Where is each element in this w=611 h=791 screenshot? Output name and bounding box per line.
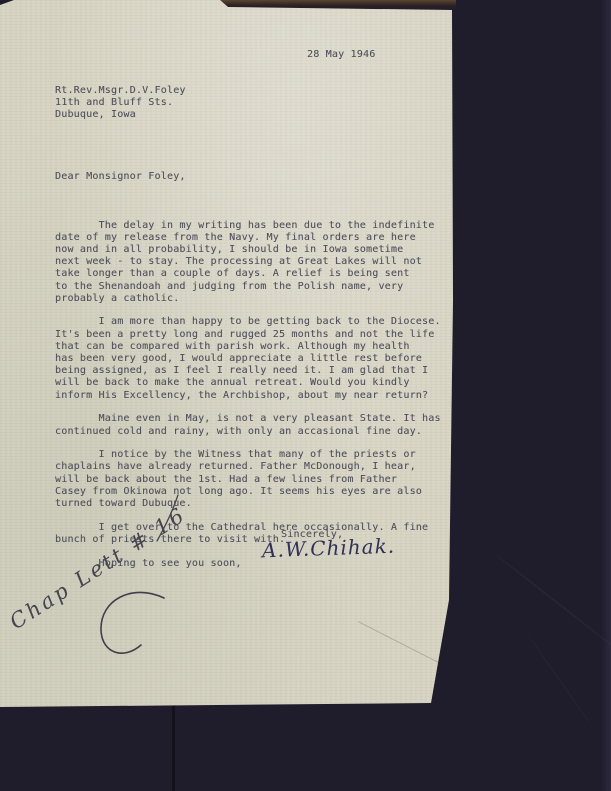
letter-paragraph: Maine even in May, is not a very pleasan… [55,413,447,437]
text-line: has been very good, I would appreciate a… [55,353,447,365]
text-line: will be back about the 1st. Had a few li… [55,474,447,486]
text-line: I am more than happy to be getting back … [55,316,447,328]
text-line: Rt.Rev.Msgr.D.V.Foley [55,85,186,97]
text-line: Dubuque, Iowa [55,109,186,121]
text-line: take longer than a couple of days. A rel… [55,268,447,280]
paragraphs-container: The delay in my writing has been due to … [55,220,447,570]
backing-scratch [525,631,595,730]
backing-seam [172,700,175,791]
paper-crease [358,621,464,675]
salutation: Dear Monsignor Foley, [55,171,447,183]
letter-date: 28 May 1946 [307,49,375,61]
text-line: Casey from Okinowa not long ago. It seem… [55,486,447,498]
letter-paragraph: The delay in my writing has been due to … [55,220,447,305]
backing-board-edge [601,0,611,791]
text-line: It's been a pretty long and rugged 25 mo… [55,329,447,341]
text-line: continued cold and rainy, with only an a… [55,426,447,438]
text-line: chaplains have already returned. Father … [55,461,447,473]
text-line: next week - to stay. The processing at G… [55,256,447,268]
text-line: probably a catholic. [55,293,447,305]
backing-scratch [495,554,611,648]
letter-paragraph: I notice by the Witness that many of the… [55,449,447,510]
scanned-letter-photograph: 28 May 1946 Rt.Rev.Msgr.D.V.Foley11th an… [0,0,611,791]
text-line: will be back to make the annual retreat.… [55,377,447,389]
text-line: date of my release from the Navy. My fin… [55,232,447,244]
text-line: I get over to the Cathedral here occasio… [55,522,447,534]
text-line: to the Shenandoah and judging from the P… [55,281,447,293]
letter-paragraph: I am more than happy to be getting back … [55,316,447,401]
text-line: Maine even in May, is not a very pleasan… [55,413,447,425]
handwritten-signature: A.W.Chihak. [262,534,396,563]
text-line: being assigned, as I feel I really need … [55,365,447,377]
text-line: inform His Excellency, the Archbishop, a… [55,390,447,402]
text-line: I notice by the Witness that many of the… [55,449,447,461]
recipient-address-block: Rt.Rev.Msgr.D.V.Foley11th and Bluff Sts.… [55,85,186,122]
text-line: turned toward Dubuque. [55,498,447,510]
text-line: now and in all probability, I should be … [55,244,447,256]
text-line: 11th and Bluff Sts. [55,97,186,109]
text-line: that can be compared with parish work. A… [55,341,447,353]
text-line: The delay in my writing has been due to … [55,220,447,232]
